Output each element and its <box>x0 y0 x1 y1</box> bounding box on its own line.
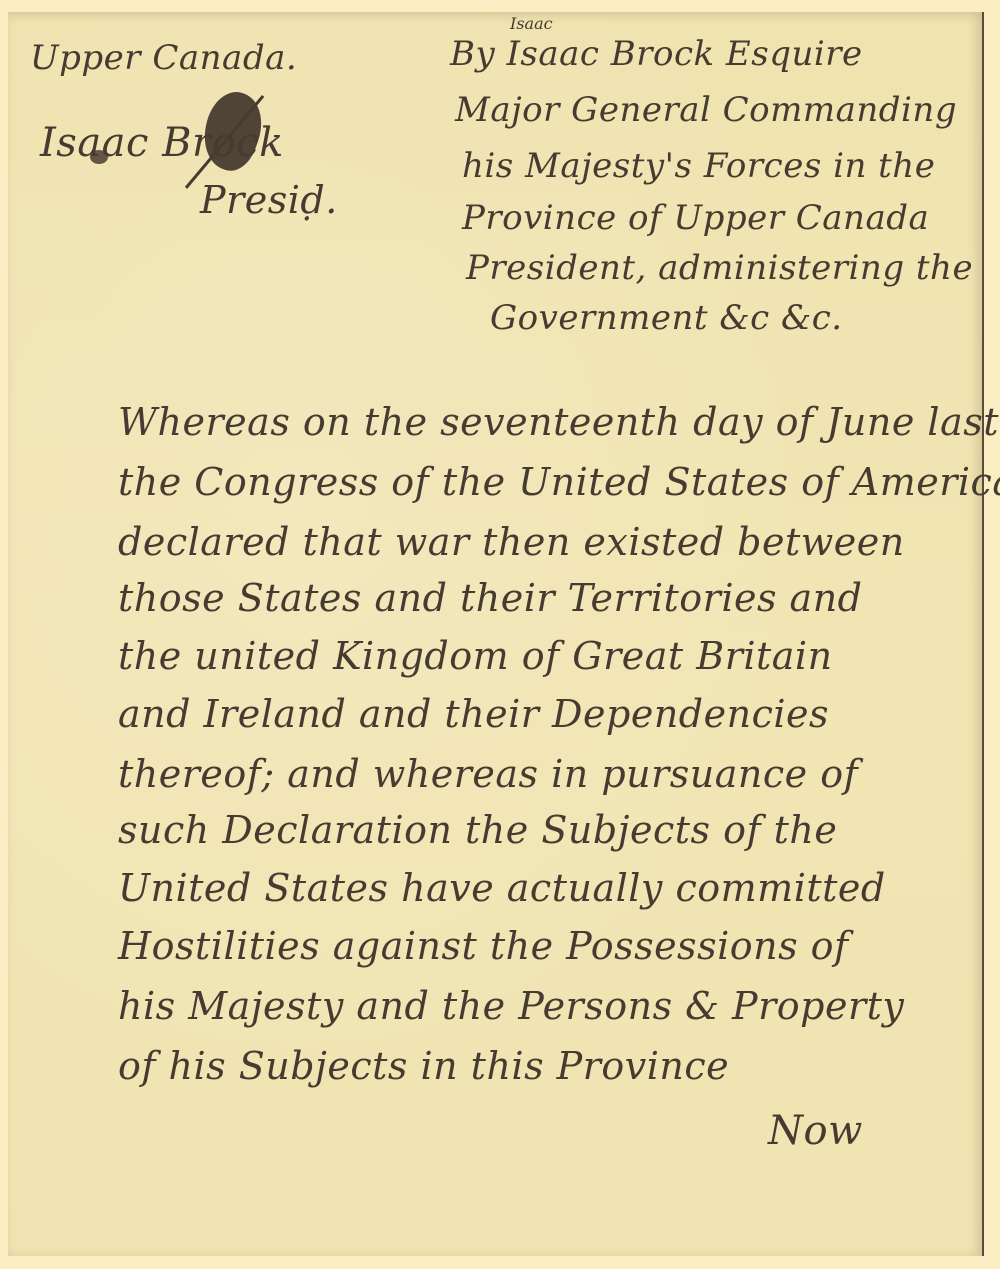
body-line-12: of his Subjects in this Province <box>118 1044 729 1088</box>
body-line-7: thereof; and whereas in pursuance of <box>118 752 858 796</box>
location-heading: Upper Canada. <box>30 38 297 78</box>
heading-line-1: By Isaac Brock Esquire <box>450 34 863 74</box>
body-line-4: those States and their Territories and <box>118 576 863 620</box>
closing-word: Now <box>768 1108 863 1154</box>
body-line-11: his Majesty and the Persons & Property <box>118 984 904 1028</box>
body-line-3: declared that war then existed between <box>118 520 905 564</box>
body-line-6: and Ireland and their Dependencies <box>118 692 829 736</box>
body-line-2: the Congress of the United States of Ame… <box>118 460 1000 504</box>
signature: Isaac Brock <box>40 120 284 166</box>
body-line-9: United States have actually committed <box>118 866 886 910</box>
heading-line-6: Government &c &c. <box>490 298 843 338</box>
signature-title: Presiḍ. <box>200 178 338 222</box>
body-line-1: Whereas on the seventeenth day of June l… <box>118 400 999 444</box>
interlinear-insert: Isaac <box>510 14 553 33</box>
body-line-8: such Declaration the Subjects of the <box>118 808 837 852</box>
body-line-5: the united Kingdom of Great Britain <box>118 634 833 678</box>
heading-line-4: Province of Upper Canada <box>462 198 929 238</box>
heading-line-5: President, administering the <box>466 248 973 288</box>
body-line-10: Hostilities against the Possessions of <box>118 924 849 968</box>
heading-line-3: his Majesty's Forces in the <box>462 146 935 186</box>
heading-line-2: Major General Commanding <box>455 90 957 130</box>
